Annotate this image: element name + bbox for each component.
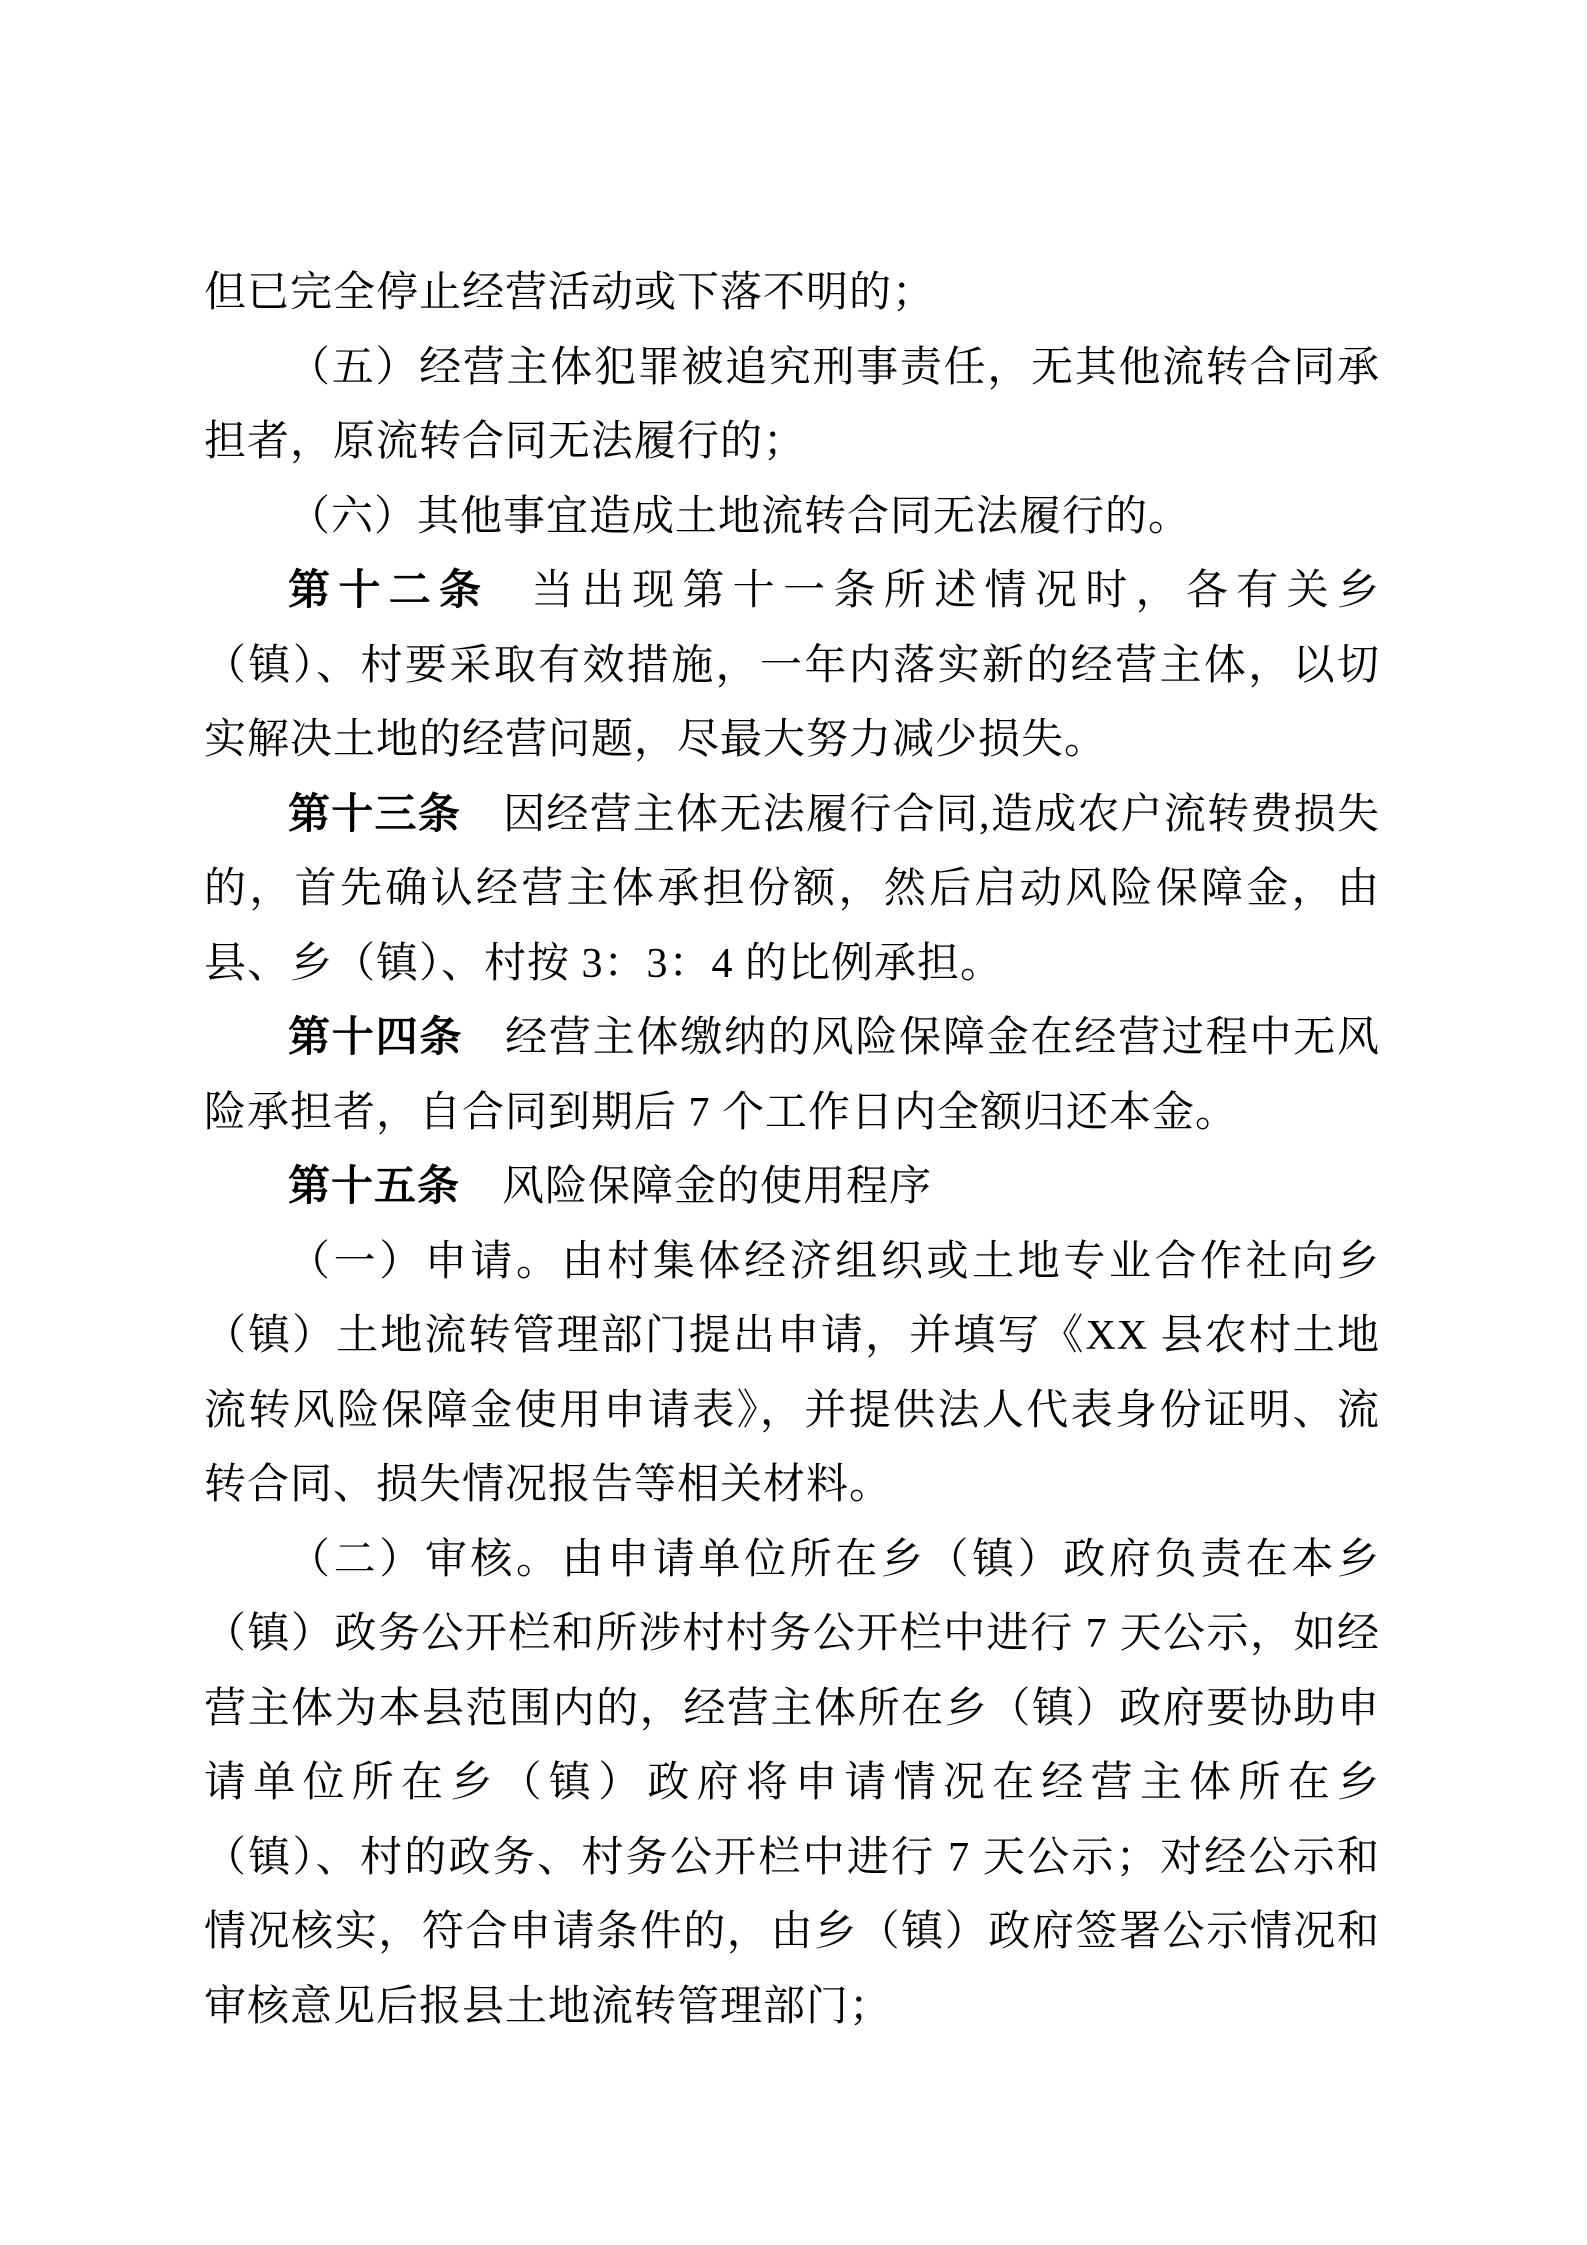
paragraph-text: （二）审核。由申请单位所在乡（镇）政府负责在本乡（镇）政务公开栏和所涉村村务公开… bbox=[204, 1537, 1380, 2030]
article-12-heading: 第十二条 bbox=[288, 568, 489, 614]
paragraph-text: （五）经营主体犯罪被追究刑事责任，无其他流转合同承担者，原流转合同无法履行的； bbox=[204, 345, 1380, 466]
clause-item-6: （六）其他事宜造成土地流转合同无法履行的。 bbox=[204, 480, 1380, 555]
paragraph-text: 风险保障金的使用程序 bbox=[502, 1164, 932, 1210]
clause-item-5: （五）经营主体犯罪被追究刑事责任，无其他流转合同承担者，原流转合同无法履行的； bbox=[204, 331, 1380, 480]
paragraph-text: 但已完全停止经营活动或下落不明的； bbox=[204, 270, 935, 316]
article-13-heading: 第十三条 bbox=[288, 792, 461, 838]
paragraph-text: （六）其他事宜造成土地流转合同无法履行的。 bbox=[288, 494, 1191, 540]
document-page: 但已完全停止经营活动或下落不明的； （五）经营主体犯罪被追究刑事责任，无其他流转… bbox=[0, 0, 1587, 2245]
article-14: 第十四条经营主体缴纳的风险保障金在经营过程中无风险承担者，自合同到期后 7 个工… bbox=[204, 1001, 1380, 1150]
paragraph-continuation: 但已完全停止经营活动或下落不明的； bbox=[204, 256, 1380, 331]
procedure-item-1: （一）申请。由村集体经济组织或土地专业合作社向乡（镇）土地流转管理部门提出申请，… bbox=[204, 1225, 1380, 1523]
article-12: 第十二条当出现第十一条所述情况时，各有关乡（镇）、村要采取有效措施，一年内落实新… bbox=[204, 554, 1380, 778]
article-14-heading: 第十四条 bbox=[288, 1015, 463, 1061]
article-13: 第十三条因经营主体无法履行合同,造成农户流转费损失的，首先确认经营主体承担份额，… bbox=[204, 778, 1380, 1002]
paragraph-text: （一）申请。由村集体经济组织或土地专业合作社向乡（镇）土地流转管理部门提出申请，… bbox=[204, 1239, 1380, 1509]
article-15-heading: 第十五条 bbox=[288, 1164, 460, 1210]
procedure-item-2: （二）审核。由申请单位所在乡（镇）政府负责在本乡（镇）政务公开栏和所涉村村务公开… bbox=[204, 1523, 1380, 2045]
article-15: 第十五条风险保障金的使用程序 bbox=[204, 1150, 1380, 1225]
